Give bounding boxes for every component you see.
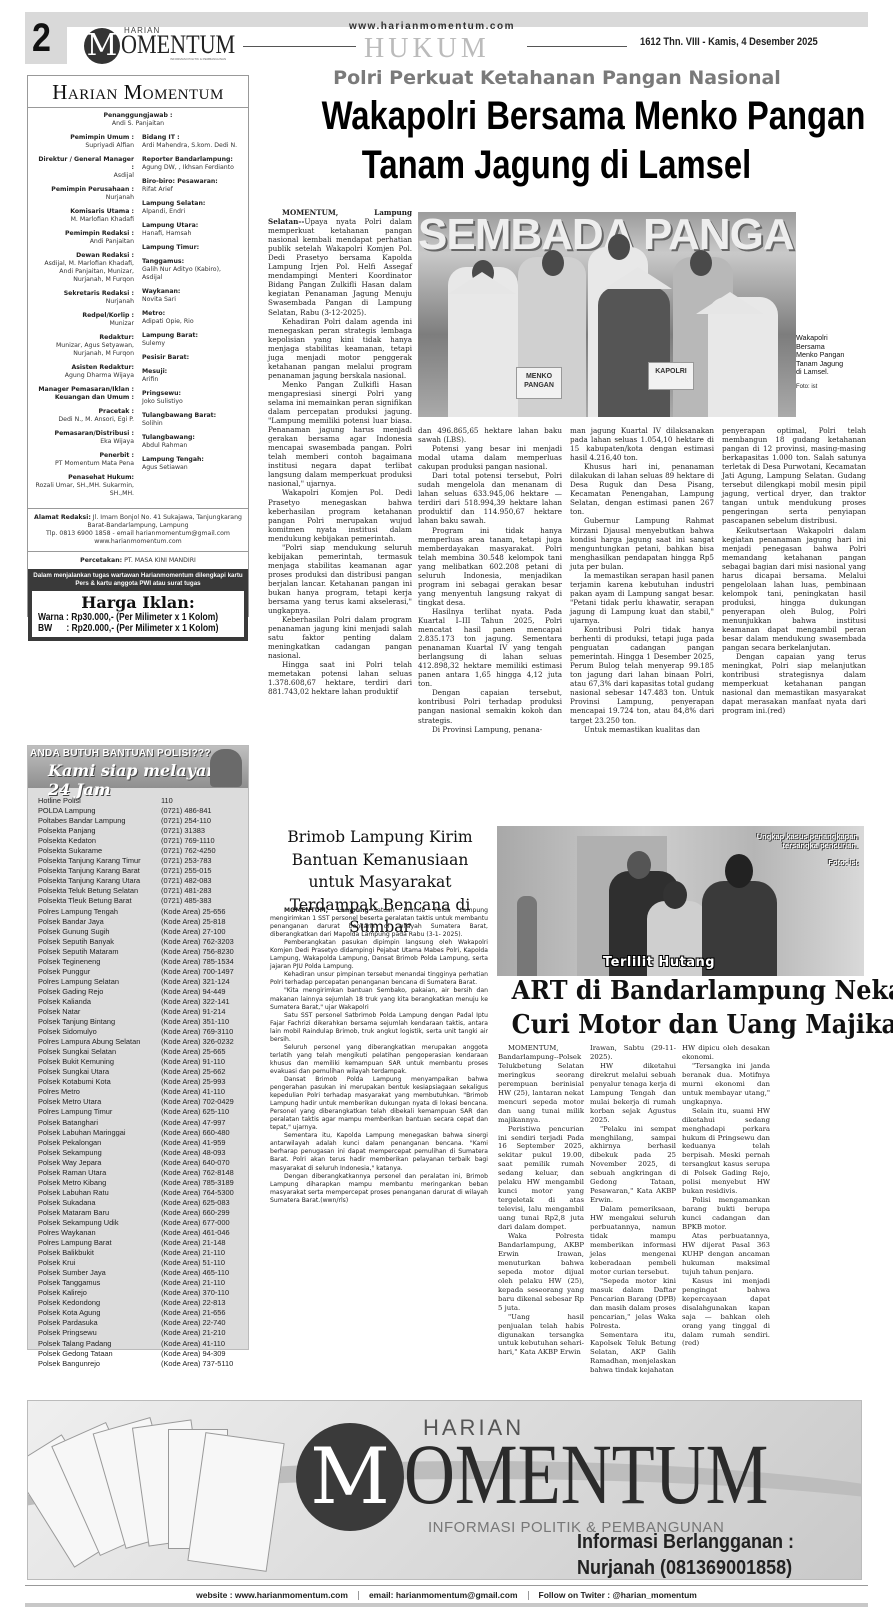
- masthead-entry: Metro:Adipati Opie, Rio: [142, 310, 242, 326]
- police-list-row: Polsek Gedong Tataan(Kode Area) 94-309: [38, 1349, 248, 1359]
- police-phone-number: (0721) 769-1110: [161, 836, 215, 846]
- police-phone-list: Hotline Polisi110POLDA Lampung(0721) 486…: [28, 788, 248, 1369]
- police-phone-number: (Kode Area) 756-8230: [161, 947, 234, 957]
- article1-column-1: MOMENTUM, Lampung Selatan--Upaya nyata P…: [268, 208, 412, 697]
- police-station-name: Polsekta Sukarame: [38, 846, 161, 856]
- masthead-entry: Asisten Redaktur:Agung Dharma Wijaya: [34, 364, 134, 380]
- police-station-name: Polsek Kalianda: [38, 997, 161, 1007]
- police-station-name: Polres Lampung Barat: [38, 1238, 161, 1248]
- police-list-row: Polres Lampung Timur(Kode Area) 625-110: [38, 1107, 248, 1117]
- article3-headline-line2: Curi Motor dan Uang Majikan: [512, 1008, 850, 1042]
- subscription-info: Informasi Berlangganan : Nurjanah (08136…: [577, 1529, 794, 1580]
- logo-m-icon: M: [84, 28, 120, 64]
- police-station-name: Polsek Bukit Kemuning: [38, 1057, 161, 1067]
- police-phone-number: (Kode Area) 785-1534: [161, 957, 234, 967]
- article3-column-2: Irawan, Sabtu (29-11-2025). HW diketahui…: [590, 1044, 676, 1375]
- masthead-entry: Redaktur:Munizar, Agus Setyawan, Nurjana…: [34, 334, 134, 358]
- police-list-row: Polres Lampung Selatan(Kode Area) 321-12…: [38, 977, 248, 987]
- police-phone-number: (Kode Area) 47-997: [161, 1118, 226, 1128]
- police-station-name: Polsek Pringsewu: [38, 1328, 161, 1338]
- police-phone-number: (Kode Area) 21-110: [161, 1278, 225, 1288]
- police-station-name: Polsek Seputih Mataram: [38, 947, 161, 957]
- header-rule-left: [243, 46, 356, 47]
- footer-website-link[interactable]: website : www.harianmomentum.com: [196, 1590, 348, 1600]
- police-list-row: Polsek Labuhan Maringgai(Kode Area) 660-…: [38, 1128, 248, 1138]
- police-list-row: Polsek Tegineneng(Kode Area) 785-1534: [38, 957, 248, 967]
- police-list-row: Polsek Tanjung Bintang(Kode Area) 351-11…: [38, 1017, 248, 1027]
- police-phone-number: (Kode Area) 660-480: [161, 1128, 230, 1138]
- police-phone-number: (Kode Area) 21-210: [161, 1328, 226, 1338]
- police-list-row: Polsek Kota Agung(Kode Area) 21-656: [38, 1308, 248, 1318]
- police-station-name: Polsek Sekampung Udik: [38, 1218, 161, 1228]
- police-station-name: Polsek Tanjung Bintang: [38, 1017, 161, 1027]
- article3-photo: Ungkap kasus penangkapan tersangka pencu…: [497, 826, 864, 976]
- page-number: 2: [32, 16, 51, 61]
- police-list-row: Polsekta Kedaton(0721) 769-1110: [38, 836, 248, 846]
- police-station-name: Polsek Seputih Banyak: [38, 937, 161, 947]
- police-phone-number: (Kode Area) 51-110: [161, 1258, 225, 1268]
- masthead-box: Harian Momentum Penanggungjawab : Andi S…: [27, 75, 249, 617]
- police-phone-number: (Kode Area) 660-299: [161, 1208, 230, 1218]
- masthead-entry: Manager Pemasaran/Iklan : Keuangan dan U…: [34, 386, 134, 402]
- police-phone-number: (Kode Area) 25-993: [161, 1077, 226, 1087]
- police-station-name: Polsek Kota Agung: [38, 1308, 161, 1318]
- police-officer-icon: [210, 749, 242, 787]
- logo-wordmark: OMENTUM: [121, 30, 235, 60]
- police-directory: ANDA BUTUH BANTUAN POLISI??? Kami siap m…: [27, 745, 249, 1350]
- police-list-row: Polsek Seputih Banyak(Kode Area) 762-320…: [38, 937, 248, 947]
- police-phone-number: (Kode Area) 21-148: [161, 1238, 226, 1248]
- police-station-name: Polsekta Tanjung Karang Barat: [38, 866, 161, 876]
- police-station-name: Polsek Kalirejo: [38, 1288, 161, 1298]
- footer-twitter-link[interactable]: Follow on Twiter : @harian_momentum: [539, 1590, 697, 1600]
- police-station-name: Polsek Kotabumi Kota: [38, 1077, 161, 1087]
- police-phone-number: (0721) 254-110: [161, 816, 211, 826]
- police-phone-number: (Kode Area) 27-100: [161, 927, 226, 937]
- press-note: Dalam menjalankan tugas wartawan Harianm…: [32, 572, 244, 588]
- police-list-row: Polsek Labuhan Ratu(Kode Area) 764-5300: [38, 1188, 248, 1198]
- police-list-row: Polsek Bukit Kemuning(Kode Area) 91-110: [38, 1057, 248, 1067]
- police-list-row: Polsek Talang Padang(Kode Area) 41-110: [38, 1339, 248, 1349]
- police-station-name: Polsek Way Jepara: [38, 1158, 161, 1168]
- police-phone-number: (Kode Area) 769-3110: [161, 1027, 233, 1037]
- masthead-entry: Tulangbawang:Abdul Rahman: [142, 434, 242, 450]
- police-station-name: Polres Lampung Selatan: [38, 977, 161, 987]
- header-rule-right: [527, 46, 627, 47]
- printer-info: Percetakan: PT. MASA KINI MANDIRI: [28, 551, 248, 569]
- police-list-row: Polres Waykanan(Kode Area) 461-046: [38, 1228, 248, 1238]
- police-list-row: Polsekta Tleuk Betung Barat(0721) 485-38…: [38, 896, 248, 906]
- police-phone-number: (Kode Area) 22-813: [161, 1298, 226, 1308]
- masthead-entry: Lampung Tengah:Agus Setiawan: [142, 456, 242, 472]
- sign-kapolri: KAPOLRI: [648, 362, 694, 390]
- police-list-row: Polsek Tanggamus(Kode Area) 21-110: [38, 1278, 248, 1288]
- police-list-row: Polsek Balikbukit(Kode Area) 21-110: [38, 1248, 248, 1258]
- police-phone-number: (Kode Area) 94-449: [161, 987, 226, 997]
- police-station-name: Polsek Sukadana: [38, 1198, 161, 1208]
- police-phone-number: (0721) 255-015: [161, 866, 212, 876]
- police-station-name: Polsek Balikbukit: [38, 1248, 161, 1258]
- police-list-row: Polsek Sungkai Selatan(Kode Area) 25-665: [38, 1047, 248, 1057]
- police-list-row: Polsek Sungkai Utara(Kode Area) 25-662: [38, 1067, 248, 1077]
- police-phone-number: (Kode Area) 48-093: [161, 1148, 226, 1158]
- police-list-row: Polsekta Panjang(0721) 31383: [38, 826, 248, 836]
- masthead-entry: Lampung Timur:: [142, 244, 242, 252]
- police-list-row: Polsek Sumber Jaya(Kode Area) 465-110: [38, 1268, 248, 1278]
- article3-headline-line1: ART di Bandarlampung Nekat: [512, 974, 850, 1008]
- police-list-row: Polsek Natar(Kode Area) 91-214: [38, 1007, 248, 1017]
- ad-logo-m-icon: M: [296, 1423, 404, 1531]
- police-phone-number: (0721) 762-4250: [161, 846, 216, 856]
- police-phone-number: (Kode Area) 737-5110: [161, 1359, 233, 1369]
- police-phone-number: (Kode Area) 785-3189: [161, 1178, 234, 1188]
- police-phone-number: (Kode Area) 351-110: [161, 1017, 229, 1027]
- police-phone-number: (Kode Area) 25-656: [161, 907, 226, 917]
- police-phone-number: (Kode Area) 762-8148: [161, 1168, 234, 1178]
- police-phone-number: (Kode Area) 22-740: [161, 1318, 226, 1328]
- police-list-row: Polsekta Tanjung Karang Timur(0721) 253-…: [38, 856, 248, 866]
- sign-menko-pangan: MENKO PANGAN: [516, 367, 562, 399]
- ad-price-color: Warna : Rp30.000,- (Per Milimeter x 1 Ko…: [38, 612, 208, 623]
- article3-photo-credit: Foto: ist: [738, 858, 858, 867]
- masthead-entry: Tanggamus:Galih Nur Adityo (Kabiro), Asd…: [142, 258, 242, 282]
- police-list-row: Polsek Sekampung(Kode Area) 48-093: [38, 1148, 248, 1158]
- police-list-row: Polsek Sukadana(Kode Area) 625-083: [38, 1198, 248, 1208]
- police-station-name: Polsek Labuhan Maringgai: [38, 1128, 161, 1138]
- police-station-name: Polsek Batanghari: [38, 1118, 161, 1128]
- police-station-name: Polsek Sidomulyo: [38, 1027, 161, 1037]
- masthead-entry: Pemimpin Perusahaan :Nurjanah: [34, 186, 134, 202]
- police-list-row: Polsek Way Jepara(Kode Area) 640-070: [38, 1158, 248, 1168]
- police-station-name: Polsekta Tanjung Karang Timur: [38, 856, 161, 866]
- ad-price-bw: BW : Rp20.000,- (Per Milimeter x 1 Kolom…: [38, 623, 208, 634]
- masthead-entry: Lampung Selatan:Alpandi, Endri: [142, 200, 242, 216]
- police-station-name: Polsek Gedong Tataan: [38, 1349, 161, 1359]
- police-list-row: Polsek Pardasuka(Kode Area) 22-740: [38, 1318, 248, 1328]
- article1-photo-caption: Wakapolri Bersama Menko Pangan Tanam Jag…: [796, 334, 846, 392]
- police-phone-number: (Kode Area) 41-959: [161, 1138, 226, 1148]
- police-station-name: Polsekta Teluk Betung Selatan: [38, 886, 161, 896]
- police-station-name: Polsek Metro Utara: [38, 1097, 161, 1107]
- police-station-name: Polres Waykanan: [38, 1228, 161, 1238]
- police-list-row: Polsek Bandar Jaya(Kode Area) 25-818: [38, 917, 248, 927]
- police-phone-number: (Kode Area) 91-110: [161, 1057, 225, 1067]
- police-station-name: Polsek Gading Rejo: [38, 987, 161, 997]
- masthead-entry: Komisaris Utama :M. Marlofian Khadafi: [34, 208, 134, 224]
- police-list-row: Polsek Pringsewu(Kode Area) 21-210: [38, 1328, 248, 1338]
- police-station-name: Polsek Tegineneng: [38, 957, 161, 967]
- article1-photo-credit: Foto: ist: [796, 383, 846, 392]
- masthead-entry: Direktur / General Manager :Asdijal: [34, 156, 134, 180]
- police-station-name: Polsek Sumber Jaya: [38, 1268, 161, 1278]
- police-banner: ANDA BUTUH BANTUAN POLISI??? Kami siap m…: [28, 746, 248, 788]
- police-phone-number: (Kode Area) 21-656: [161, 1308, 226, 1318]
- masthead-entry: Biro-biro: Pesawaran:Rifat Arief: [142, 178, 242, 194]
- masthead-right-column: Bidang IT :Ardi Mahendra, S.kom. Dedi N.…: [142, 134, 242, 504]
- police-list-row: Polres Lampung Tengah(Kode Area) 25-656: [38, 907, 248, 917]
- police-station-name: Polsekta Tanjung Karang Utara: [38, 876, 161, 886]
- police-station-name: Polsek Sekampung: [38, 1148, 161, 1158]
- police-phone-number: (Kode Area) 465-110: [161, 1268, 229, 1278]
- header-website-link[interactable]: www.harianmomentum.com: [349, 21, 515, 32]
- police-phone-number: (Kode Area) 625-110: [161, 1107, 229, 1117]
- masthead-entry: Pringsewu:Joko Sulistiyo: [142, 390, 242, 406]
- police-station-name: Polsek Natar: [38, 1007, 161, 1017]
- article1-kicker: Polri Perkuat Ketahanan Pangan Nasional: [277, 67, 837, 89]
- police-list-row: Polres Lampura Abung Selatan(Kode Area) …: [38, 1037, 248, 1047]
- police-list-row: Polsek Sekampung Udik(Kode Area) 677-000: [38, 1218, 248, 1228]
- police-station-name: Polsek Sungkai Selatan: [38, 1047, 161, 1057]
- police-phone-number: (Kode Area) 25-818: [161, 917, 226, 927]
- police-phone-number: (Kode Area) 321-124: [161, 977, 230, 987]
- police-phone-number: (0721) 485-383: [161, 896, 212, 906]
- police-phone-number: (0721) 31383: [161, 826, 205, 836]
- police-station-name: Polres Lampung Tengah: [38, 907, 161, 917]
- police-phone-number: (Kode Area) 94-309: [161, 1349, 226, 1359]
- police-station-name: Polsek Kedondong: [38, 1298, 161, 1308]
- police-phone-number: (0721) 486-841: [161, 806, 212, 816]
- police-phone-number: (Kode Area) 625-083: [161, 1198, 230, 1208]
- police-station-name: Polsek Pardasuka: [38, 1318, 161, 1328]
- police-list-row: Polsek Kedondong(Kode Area) 22-813: [38, 1298, 248, 1308]
- police-list-row: Polsekta Tanjung Karang Utara(0721) 482-…: [38, 876, 248, 886]
- police-phone-number: (Kode Area) 700-1497: [161, 967, 234, 977]
- police-phone-number: (0721) 481-283: [161, 886, 212, 896]
- police-list-row: Polsek Gading Rejo(Kode Area) 94-449: [38, 987, 248, 997]
- article1-headline-line2: Tanam Jagung di Lamsel: [322, 141, 792, 189]
- police-phone-number: (0721) 482-083: [161, 876, 212, 886]
- masthead-entry: Tulangbawang Barat:Solihin: [142, 412, 242, 428]
- footer-bar: [25, 1603, 868, 1607]
- article1-column-2: dan 496.865,65 hektare lahan baku sawah …: [418, 426, 562, 734]
- masthead-entry: Dewan Redaksi :Asdijal, M. Marlofian Kha…: [34, 252, 134, 284]
- masthead-entry: Pesisir Barat:: [142, 354, 242, 362]
- police-phone-number: (Kode Area) 91-214: [161, 1007, 226, 1017]
- ad-price-panel: Dalam menjalankan tugas wartawan Harianm…: [28, 569, 248, 641]
- masthead-title: Harian Momentum: [28, 76, 248, 108]
- police-list-row: Polsekta Tanjung Karang Barat(0721) 255-…: [38, 866, 248, 876]
- subscription-ad-banner: M HARIAN OMENTUM INFORMASI POLITIK & PEM…: [27, 1400, 862, 1580]
- police-list-row: Polsekta Teluk Betung Selatan(0721) 481-…: [38, 886, 248, 896]
- police-station-name: Polsek Talang Padang: [38, 1339, 161, 1349]
- police-list-row: Polsek Kalianda(Kode Area) 322-141: [38, 997, 248, 1007]
- police-list-row: Poltabes Bandar Lampung(0721) 254-110: [38, 816, 248, 826]
- police-station-name: Polsek Gunung Sugih: [38, 927, 161, 937]
- masthead-entry: Penerbit :PT Momentum Mata Pena: [34, 452, 134, 468]
- police-list-row: Polsek Batanghari(Kode Area) 47-997: [38, 1118, 248, 1128]
- police-station-name: Polsekta Kedaton: [38, 836, 161, 846]
- police-list-row: Polsek Raman Utara(Kode Area) 762-8148: [38, 1168, 248, 1178]
- police-list-row: Polsekta Sukarame(0721) 762-4250: [38, 846, 248, 856]
- police-list-row: Polsek Sidomulyo(Kode Area) 769-3110: [38, 1027, 248, 1037]
- police-phone-number: (Kode Area) 21-110: [161, 1248, 225, 1258]
- police-phone-number: (Kode Area) 41-110: [161, 1339, 225, 1349]
- police-list-row: Polsek Punggur(Kode Area) 700-1497: [38, 967, 248, 977]
- police-station-name: Polsekta Panjang: [38, 826, 161, 836]
- masthead-entry: Lampung Barat:Sulemy: [142, 332, 242, 348]
- police-station-name: Polsek Raman Utara: [38, 1168, 161, 1178]
- police-phone-number: (Kode Area) 370-110: [161, 1288, 229, 1298]
- police-phone-number: (Kode Area) 640-070: [161, 1158, 230, 1168]
- police-station-name: Polsekta Tleuk Betung Barat: [38, 896, 161, 906]
- masthead-entry: Mesuji:Arifin: [142, 368, 242, 384]
- police-station-name: Polsek Bandar Jaya: [38, 917, 161, 927]
- footer-email-link[interactable]: email: harianmomentum@gmail.com: [369, 1590, 518, 1600]
- police-list-row: Polres Metro(Kode Area) 41-110: [38, 1087, 248, 1097]
- police-phone-number: (Kode Area) 764-5300: [161, 1188, 234, 1198]
- masthead-left-column: Pemimpin Umum :Supriyadi AlfianDirektur …: [34, 134, 134, 504]
- police-station-name: Polsek Labuhan Ratu: [38, 1188, 161, 1198]
- police-station-name: Polsek Bangunrejo: [38, 1359, 161, 1369]
- police-station-name: Polres Lampung Timur: [38, 1107, 161, 1117]
- article1-column-3: man jagung Kuartal IV dilaksanakan pada …: [570, 426, 714, 734]
- masthead-entry: Redpel/Korlip :Munizar: [34, 312, 134, 328]
- police-phone-number: (Kode Area) 762-3203: [161, 937, 234, 947]
- masthead-entry: Waykanan:Novita Sari: [142, 288, 242, 304]
- police-phone-number: (Kode Area) 461-046: [161, 1228, 230, 1238]
- masthead-entry: Pemimpin Umum :Supriyadi Alfian: [34, 134, 134, 150]
- police-station-name: Polres Metro: [38, 1087, 161, 1097]
- masthead-entry: Pemasaran/Distribusi :Eka Wijaya: [34, 430, 134, 446]
- police-list-row: Polsek Bangunrejo(Kode Area) 737-5110: [38, 1359, 248, 1369]
- police-station-name: Polsek Sungkai Utara: [38, 1067, 161, 1077]
- police-station-name: Polsek Pekalongan: [38, 1138, 161, 1148]
- masthead-entry: Sekretaris Redaksi :Nurjanah: [34, 290, 134, 306]
- footer-rule: [25, 1585, 868, 1586]
- masthead-entry: Penasehat Hukum:Rozali Umar, SH.,MH. Suk…: [34, 474, 134, 498]
- police-phone-number: (Kode Area) 322-141: [161, 997, 230, 1007]
- police-list-row: Polsek Kalirejo(Kode Area) 370-110: [38, 1288, 248, 1298]
- police-station-name: Polsek Krui: [38, 1258, 161, 1268]
- article1-photo: SEMBADA PANGA MENKO PANGAN KAPOLRI: [418, 212, 796, 417]
- masthead-entry: Pemimpin Redaksi :Andi Panjaitan: [34, 230, 134, 246]
- police-list-row: Polsek Gunung Sugih(Kode Area) 27-100: [38, 927, 248, 937]
- police-phone-number: (Kode Area) 677-000: [161, 1218, 230, 1228]
- masthead-entry: Pracetak :Dedi N., M. Ansori, Egi P.: [34, 408, 134, 424]
- ad-logo-wordmark: OMENTUM: [404, 1429, 768, 1519]
- article3-column-3: HW dipicu oleh desakan ekonomi. "Tersang…: [682, 1044, 770, 1348]
- police-list-row: Polsek Metro Kibang(Kode Area) 785-3189: [38, 1178, 248, 1188]
- section-title: HUKUM: [364, 33, 490, 65]
- masthead-entry: Lampung Utara:Hanafi, Hamsah: [142, 222, 242, 238]
- masthead-entry: Reporter Bandarlampung:Agung DW, , Ikhsa…: [142, 156, 242, 172]
- article2-body: MOMENTUM, Lampung--Satuan Brimob Polda L…: [270, 907, 488, 1205]
- penanggungjawab: Penanggungjawab : Andi S. Panjaitan: [34, 112, 242, 128]
- police-list-row: Polres Lampung Barat(Kode Area) 21-148: [38, 1238, 248, 1248]
- police-station-name: POLDA Lampung: [38, 806, 161, 816]
- footer: website : www.harianmomentum.comemail: h…: [25, 1590, 868, 1600]
- edition-date: 1612 Thn. VIII - Kamis, 4 Desember 2025: [640, 36, 818, 48]
- police-station-name: Polres Lampura Abung Selatan: [38, 1037, 161, 1047]
- police-station-name: Polsek Punggur: [38, 967, 161, 977]
- police-phone-number: (Kode Area) 25-662: [161, 1067, 226, 1077]
- police-station-name: Poltabes Bandar Lampung: [38, 816, 161, 826]
- police-list-row: Polsek Metro Utara(Kode Area) 702-0429: [38, 1097, 248, 1107]
- police-phone-number: (Kode Area) 41-110: [161, 1087, 225, 1097]
- article1-column-4: penyerapan optimal, Polri telah membangu…: [722, 426, 866, 716]
- article3-column-1: MOMENTUM, Bandarlampung--Polsek Telukbet…: [498, 1044, 584, 1357]
- police-list-row: Polsek Seputih Mataram(Kode Area) 756-82…: [38, 947, 248, 957]
- article1-headline-line1: Wakapolri Bersama Menko Pangan: [322, 92, 792, 140]
- police-station-name: Polsek Tanggamus: [38, 1278, 161, 1288]
- masthead-entry: Bidang IT :Ardi Mahendra, S.kom. Dedi N.: [142, 134, 242, 150]
- police-station-name: Polsek Mataram Baru: [38, 1208, 161, 1218]
- logo-tagline: INFORMASI POLITIK & PEMBANGUNAN: [170, 57, 226, 61]
- article3-kicker: Terlilit Hutang: [603, 955, 715, 970]
- police-list-row: Polsek Krui(Kode Area) 51-110: [38, 1258, 248, 1268]
- police-phone-number: (0721) 253-783: [161, 856, 212, 866]
- police-phone-number: (Kode Area) 702-0429: [161, 1097, 234, 1107]
- ad-price-title: Harga Iklan:: [38, 593, 238, 612]
- police-phone-number: (Kode Area) 326-0232: [161, 1037, 234, 1047]
- police-list-row: Polsek Mataram Baru(Kode Area) 660-299: [38, 1208, 248, 1218]
- police-phone-number: (Kode Area) 25-665: [161, 1047, 226, 1057]
- editorial-address: Alamat Redaksi: Jl. Imam Bonjol No. 41 S…: [28, 508, 248, 551]
- article3-photo-caption: Ungkap kasus penangkapan tersangka pencu…: [738, 832, 858, 867]
- police-list-row: Polsek Kotabumi Kota(Kode Area) 25-993: [38, 1077, 248, 1087]
- police-list-row: POLDA Lampung(0721) 486-841: [38, 806, 248, 816]
- police-list-row: Polsek Pekalongan(Kode Area) 41-959: [38, 1138, 248, 1148]
- police-station-name: Polsek Metro Kibang: [38, 1178, 161, 1188]
